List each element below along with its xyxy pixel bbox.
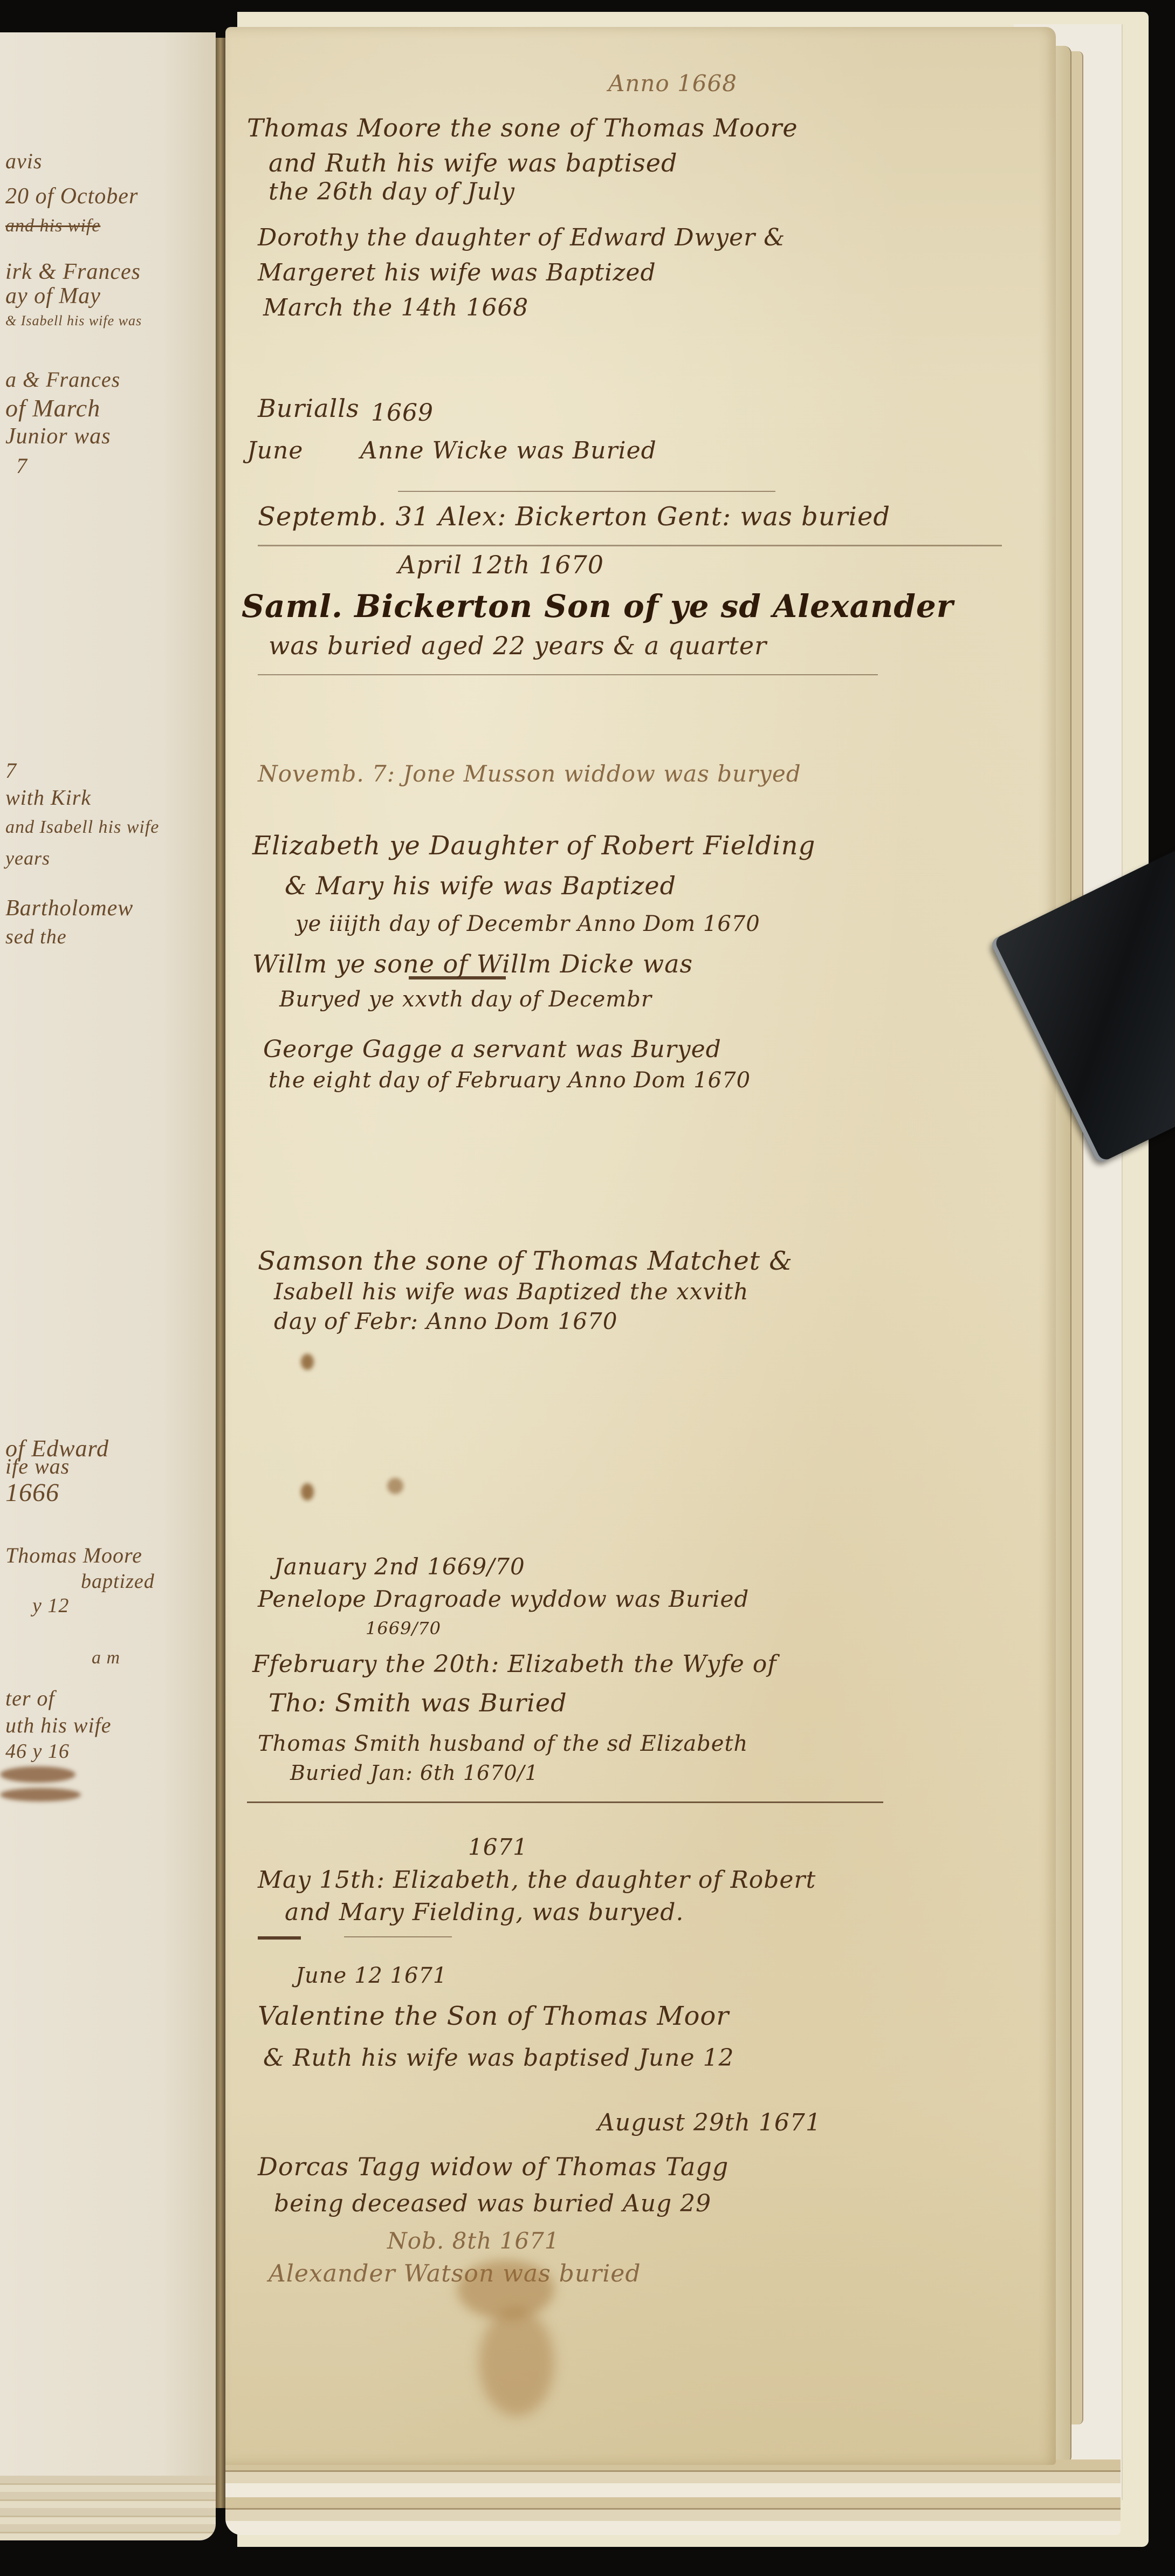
divider (258, 545, 1002, 546)
ink-spot (301, 1483, 314, 1501)
fragment: 7 (16, 453, 28, 478)
fragment: ife was (5, 1454, 70, 1479)
fragment: Bartholomew (5, 895, 133, 921)
entry-line: Saml. Bickerton Son of ye sd Alexander (242, 588, 953, 625)
underline (258, 1936, 301, 1940)
entry-line: Novemb. 7: Jone Musson widdow was buryed (258, 761, 801, 787)
entry-line: Dorothy the daughter of Edward Dwyer & (258, 224, 785, 251)
fragment: Junior was (5, 423, 111, 449)
page-stack-bottom (225, 2459, 1121, 2535)
entry-line: day of Febr: Anno Dom 1670 (274, 1308, 617, 1334)
fragment: Thomas Moore (5, 1543, 142, 1568)
fragment: y 12 (32, 1594, 69, 1618)
fragment: avis (5, 148, 42, 174)
entry-line: & Mary his wife was Baptized (285, 871, 676, 900)
entry-line: Tho: Smith was Buried (269, 1688, 567, 1717)
entry-line: Samson the sone of Thomas Matchet & (258, 1246, 793, 1276)
fragment: uth his wife (5, 1712, 111, 1738)
right-page: Anno 1668 Thomas Moore the sone of Thoma… (225, 27, 1056, 2465)
entry-line: being deceased was buried Aug 29 (274, 2190, 711, 2217)
entry-date: Nob. 8th 1671 (387, 2228, 560, 2254)
entry-line: Thomas Moore the sone of Thomas Moore (247, 113, 798, 142)
entry-line: Thomas Smith husband of the sd Elizabeth (258, 1731, 748, 1756)
underline (344, 1936, 452, 1937)
entry-date: January 2nd 1669/70 (274, 1553, 525, 1580)
fragment: irk & Frances (5, 259, 141, 285)
entry-line: Isabell his wife was Baptized the xxvith (274, 1278, 748, 1305)
fragment: and his wife (5, 216, 100, 236)
ink-spot (301, 1354, 314, 1370)
entry-line: & Ruth his wife was baptised June 12 (263, 2044, 734, 2072)
ink-spot (387, 1478, 403, 1494)
entry-line: Valentine the Son of Thomas Moor (258, 2001, 729, 2031)
fragment: 7 (5, 758, 17, 783)
fragment: a m (92, 1648, 120, 1668)
divider (247, 1801, 883, 1803)
entry-line: and Mary Fielding, was buryed. (285, 1899, 684, 1926)
fragment: ay of May (5, 283, 101, 309)
left-page: avis 20 of October and his wife irk & Fr… (0, 32, 216, 2530)
entry-line: Margeret his wife was Baptized (258, 259, 656, 286)
page-edge (1054, 46, 1071, 2462)
entry-line: George Gagge a servant was Buryed (263, 1036, 722, 1063)
entry-line: ye iiijth day of Decembr Anno Dom 1670 (296, 912, 760, 936)
underline (409, 976, 506, 979)
entry-date: June 12 1671 (296, 1963, 447, 1988)
entry-date: April 12th 1670 (398, 550, 604, 579)
fragment: years (5, 847, 50, 869)
section-heading: Burialls (258, 394, 360, 423)
entry-line: Septemb. 31 Alex: Bickerton Gent: was bu… (258, 502, 890, 532)
entry-line: Ffebruary the 20th: Elizabeth the Wyfe o… (252, 1650, 777, 1678)
entry-line: Penelope Dragroade wyddow was Buried (258, 1586, 749, 1612)
entry-line: was buried aged 22 years & a quarter (269, 631, 767, 660)
entry-line: Dorcas Tagg widow of Thomas Tagg (258, 2152, 729, 2181)
entry-date: August 29th 1671 (597, 2109, 821, 2136)
entry-line: the 26th day of July (269, 178, 515, 205)
ink-stain (0, 1788, 81, 1801)
divider (398, 491, 775, 492)
divider (258, 674, 878, 675)
gutter (216, 38, 225, 2508)
fragment: 1666 (5, 1478, 59, 1508)
water-stain (479, 2308, 554, 2416)
fragment: 46 y 16 (5, 1739, 70, 1763)
section-year: 1669 (371, 399, 434, 427)
entry-date-superscript: 1669/70 (366, 1618, 441, 1639)
fragment: sed the (5, 925, 67, 949)
fragment: of March (5, 394, 100, 422)
entry-line: Elizabeth ye Daughter of Robert Fielding (252, 831, 815, 861)
fragment: & Isabell his wife was (5, 313, 142, 329)
fragment: and Isabell his wife (5, 817, 159, 838)
left-page-stack (0, 2476, 216, 2540)
fragment: baptized (81, 1570, 155, 1593)
entry-line: the eight day of February Anno Dom 1670 (269, 1068, 751, 1093)
fragment: ter of (5, 1686, 55, 1711)
entry-line: Willm ye sone of Willm Dicke was (252, 949, 693, 978)
entry-line: May 15th: Elizabeth, the daughter of Rob… (258, 1866, 816, 1894)
page-edge (1070, 51, 1083, 2424)
page-heading: Anno 1668 (608, 70, 737, 97)
entry-line: and Ruth his wife was baptised (269, 148, 677, 177)
entry-line: Alexander Watson was buried (269, 2260, 641, 2287)
ink-stain (0, 1766, 75, 1783)
year-heading: 1671 (468, 1834, 528, 1860)
entry-line: Buryed ye xxvth day of Decembr (279, 987, 652, 1012)
entry-month: June (247, 437, 303, 464)
entry-line: Anne Wicke was Buried (360, 437, 657, 464)
fragment: a & Frances (5, 367, 120, 392)
fragment: with Kirk (5, 785, 91, 810)
entry-line: Buried Jan: 6th 1670/1 (290, 1761, 539, 1785)
entry-line: March the 14th 1668 (263, 294, 528, 321)
fragment: 20 of October (5, 183, 138, 209)
